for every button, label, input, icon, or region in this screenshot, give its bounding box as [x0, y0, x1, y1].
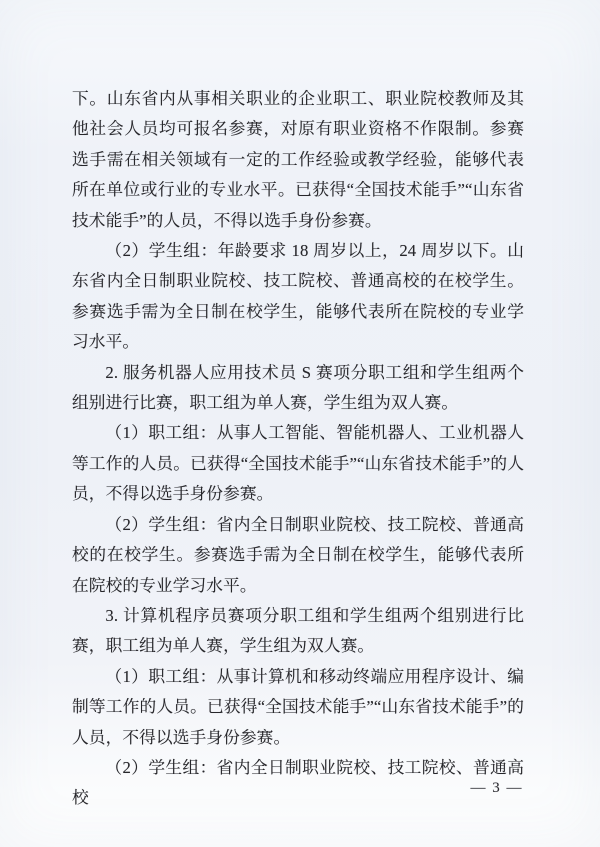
page-number: — 3 —	[471, 780, 524, 797]
scanned-document-page: 下。山东省内从事相关职业的企业职工、职业院校教师及其他社会人员均可报名参赛，对原…	[0, 0, 600, 847]
paragraph-service-robot-event: 2. 服务机器人应用技术员 S 赛项分职工组和学生组两个组别进行比赛，职工组为单…	[72, 358, 524, 419]
paragraph-programmer-student-group-cutoff: （2）学生组：省内全日制职业院校、技工院校、普通高校	[72, 753, 524, 814]
paragraph-programmer-event: 3. 计算机程序员赛项分职工组和学生组两个组别进行比赛，职工组为单人赛，学生组为…	[72, 601, 524, 662]
paragraph-student-group-item2: （2）学生组：年龄要求 18 周岁以上，24 周岁以下。山东省内全日制职业院校、…	[72, 236, 524, 358]
paragraph-continuation: 下。山东省内从事相关职业的企业职工、职业院校教师及其他社会人员均可报名参赛，对原…	[72, 84, 524, 236]
paragraph-robot-worker-group: （1）职工组：从事人工智能、智能机器人、工业机器人等工作的人员。已获得“全国技术…	[72, 418, 524, 509]
document-body: 下。山东省内从事相关职业的企业职工、职业院校教师及其他社会人员均可报名参赛，对原…	[72, 84, 524, 814]
paragraph-robot-student-group: （2）学生组：省内全日制职业院校、技工院校、普通高校的在校学生。参赛选手需为全日…	[72, 510, 524, 601]
paragraph-programmer-worker-group: （1）职工组：从事计算机和移动终端应用程序设计、编制等工作的人员。已获得“全国技…	[72, 662, 524, 753]
